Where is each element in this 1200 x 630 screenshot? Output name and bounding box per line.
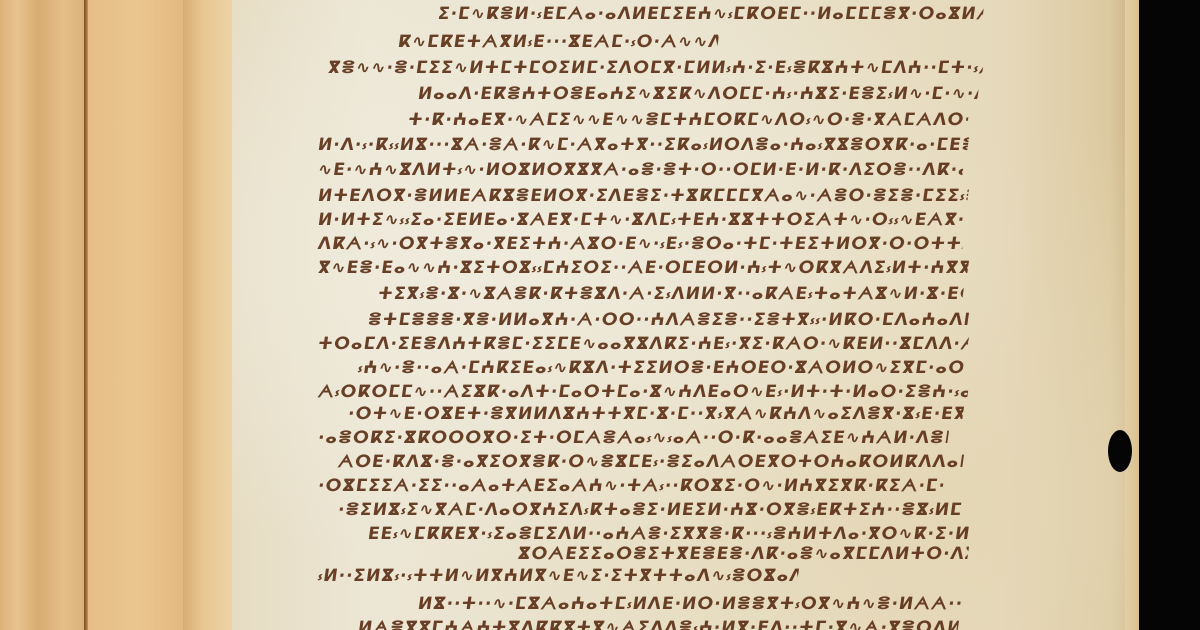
manuscript-line: ⴹⴹ⳽∿ⵎⴽⴽⴹⴳ·⳽ⵉⴰⴻⵎⵉⴷⵍ··ⴰⵄᗅⴻ·ⵉⴳⴳⴻ·ⴽ···⳽ⴻⵄⵍⵜⴷ… (367, 524, 970, 544)
binding-margin-inner (183, 0, 233, 630)
manuscript-line: ⵍⴰⴰⴷ·ⴹⴽⴻⵄⵜⵔⴻⴹⴰⵄⵉ∿ⴵⵉⴽ∿ⴷⵔⵎⵎ·ⵄ⳽·ⵄⴵⵉ·ⴹⴻⵉ⳽ⵍ∿·… (417, 84, 980, 104)
manuscript-line: ·ⵔⵜ∿ⴹ·ⵔⴵⴹⵜ·ⴻⴳⵍⵍⴷⴵⵄⵜⵜⴳⵎ·ⴵ·ⵎ··ⴳ⳽ⴳᗅ∿ⴽⵄⴷ∿ⴰⵉⴷ… (347, 404, 965, 424)
manuscript-line: ⴻⵜⵎⴻⴻⴻ·ⴳⴻ·ⵍⵍⴰⴳⵄ·ᗅ·ⵔⵔ··ⵄⴷᗅⴻⵉⴻ··ⵉⴻⵜⴳ⳽⳽·ⵍⴽⵔ… (367, 310, 970, 330)
manuscript-line: ⴳⴻ∿∿·ⴻ·ⵎⵉⵉ∿ⵍⵜⵎⵜⵎⵔⵉⵍⵎ·ⵉⴷⵔⵎⴳ·ⵎⵍⵍ⳽ⵄ·ⵉ·ⴹ⳽ⴻⴽⴵ… (327, 58, 985, 78)
manuscript-text-block: ⵉ·ⵎ∿ⴽⴻⵍ·⳽ⴹⵎᗅⴰ·ⴰⴷⵍⴹⵎⵉⴹⵄ∿⳽ⵎⴽⵔⴹⵎ··ⵍⴰⵎⵎⵎⴻⴳ·ⵔ… (318, 0, 998, 630)
manuscript-line: ⵍⵜⴹⴷⵔⴳ·ⴻⵍⵍⴹᗅⴽⴵⴻⴹⵍⵔⴳ·ⵉⴷⴹⴻⵉ·ⵜⴵⴽⵎⵎⵎⴳᗅⴰ∿·ᗅⴻⵔ… (317, 186, 970, 206)
manuscript-line: ⳽ⵄ∿·ⴻ··ⴰᗅ·ⵎⵄⴽⵉⴹⴰ⳽∿ⴽⴵⴷ·ⵜⵉⵉⵍⵔⴻ·ⴹⵄⵔⴹⵔ·ⴵᗅⵔⵍⵔ… (357, 358, 965, 378)
manuscript-line: ⵍ·ⵍⵜⵉ∿⳽⳽ⵉⴰ·ⵉⴹⵍⴹⴰ·ⴵᗅⴹⴳ·ⵎⵜ∿·ⴵⴷⵎ⳽ⵜⴹⵄ·ⴵⴵⵜⵜⵔⵉ… (317, 210, 965, 230)
manuscript-line: ⵜⵉⴳ⳽ⴻ·ⴵ·∿ⴵᗅⴻⴽ·ⴽⵜⴻⴵⴷ·ᗅ·ⵉ⳽ⴷⵍⵍ·ⴳ··ⴰⴽᗅⴹ⳽ⵜⴰⵜᗅ… (377, 284, 965, 304)
manuscript-line: ⳽ⵍ··ⵉⵍⴵ⳽·⳽ⵜⵜⵍ∿ⵍⴳⵄⵍⴳ∿ⴹ∿ⵉ·ⵉⵜⴳⵜⵜⴰⴷ∿⳽ⴻⵔⴵⴰⴷᗅⵔ… (317, 566, 800, 586)
manuscript-line: ⵍⴵ··ⵜ··∿·ⵎⴵᗅⴰⵄⴰⵜⵎ⳽ⵍⴷⴹ·ⵍⵔ·ⵍⴻⴻⴳⵜ⳽ⵔⴳ∿ⵄ∿ⴻ·ⵍᗅ… (417, 594, 965, 614)
manuscript-line: ⴵⵔᗅⴹⵉⵉⴰⵔⴻⵉⵜⴳⴹⴻⴹⴻ·ⴷⴽ·ⴰⴻ∿ⴰⴳⵎⵎⴷⵍⵜⵔ·ⴷⴵⴽⵉⵉⴻ·ⵔ (517, 544, 970, 564)
manuscript-line: ⵉ·ⵎ∿ⴽⴻⵍ·⳽ⴹⵎᗅⴰ·ⴰⴷⵍⴹⵎⵉⴹⵄ∿⳽ⵎⴽⵔⴹⵎ··ⵍⴰⵎⵎⵎⴻⴳ·ⵔ… (437, 4, 985, 24)
page-hole (1108, 430, 1132, 472)
binding-margin-middle (88, 0, 184, 630)
manuscript-line: ᗅ⳽ⵔⴽⵔⵎⵎ∿··ᗅⵉⴵⴽ·ⴰⴷⵜ·ⵎⴰⵔⵜⵎⴰ·ⴵ∿ⵄⴷⴹⴰⵔ∿ⴹ⳽·ⵍⵜ·… (317, 382, 970, 402)
manuscript-line: ⴽ∿ⵎⴽⴹⵜᗅⴳⵍ⳽ⴹ···ⴵⴹᗅⵎ·⳽ⵔ·ᗅ∿∿ⴷ·ⵎⵄ (397, 32, 720, 52)
manuscript-line: ·ⴰⴻⵔⴽⵉ·ⴵⴽⵔⵔⵔⴳⵔ·ⵉⵜ·ⵔⵎᗅⴻᗅⴰ⳽∿⳽ⴰᗅ··ⵔ·ⴽ·ⴰⴰⴻᗅⵉ… (317, 428, 950, 448)
manuscript-line: ·ⴻⵉⵍⴵ⳽ⵉ∿ⴳᗅⵎ·ⴷⴰⵔⴳⵄⵉⴷ⳽ⴽⵜⴰⴻⵉ·ⵍⴹⵉⵍ·ⵄⴵ·ⵔⴳⴻ⳽ⴹⴽ… (337, 500, 965, 520)
manuscript-line: ⵍ·ⴷ·⳽·ⴽ⳽⳽ⵍⴵ···ⴵᗅ·ⴻᗅ·ⴽ∿ⵎ·ᗅⴳⴰⵜⴳ··ⵉⴽⴰ⳽ⵍⵔⴷⴻⴰ… (317, 135, 970, 155)
manuscript-line: ᗅⵔⴹ·ⴽⴷⴵ·ⴻ·ⴰⴳⵉⵔⴳⴻⴽ·ⵔ∿ⴻⴵⵎⴹ⳽·ⴻⵉⴰⴷᗅⵔⴹⴳⵔⵜⵔⵄⴰⴽ… (337, 452, 965, 472)
binding-margin-left (0, 0, 85, 630)
page-edge (1125, 0, 1139, 630)
manuscript-line: ⴷⴽᗅ·⳽∿·ⵔⴳⵜⴻⴳⴰ·ⴳⴹⵉⵜⵄ·ᗅⴵⵔ·ⴹ∿·⳽ⴹ⳽·ⴻⵔⴰ·ⵜⵎ·ⵜⴹ… (317, 234, 965, 254)
manuscript-line: ⵜ·ⴽ·ⵄⴰⴹⴳ·∿ᗅⵎⵉ∿∿ⴹ∿∿ⴻⵎⵜⵄⵎⵔⴽⵎ∿ⴷⵔ⳽∿ⵔ·ⴻ·ⴳᗅⵎᗅⴷ… (407, 110, 970, 130)
manuscript-line: ∿ⴹ·∿ⵄ∿ⴵⴷⵍⵜ⳽∿·ⵍⵔⴵⵍⵔⴳⴵⴳᗅ·ⴰⴻ·ⴻⵜ·ⵔ··ⵔⵎⵍ·ⴹ·ⵍ·… (317, 160, 965, 180)
manuscript-line: ⴳ∿ⴹⴻ·ⴹⴰ∿∿ⵄ·ⴵⵉⵜⵔⴵ⳽⳽ⵎⵄⵉⵔⵉ··ᗅⴹ·ⵔⵎⴹⵔⵍ·ⵄ⳽ⵜ∿ⵔⴽ… (317, 258, 970, 278)
manuscript-line: ·ⵔⴵⵎⵉⵉᗅ·ⵉⵉ··ⴰᗅⴰⵜᗅⴹⵉⴰᗅⵄ∿·ⵜᗅ⳽··ⴽⵔⴵⵉ·ⵔ∿·ⵍⵄⴳ… (317, 476, 945, 496)
manuscript-line: ⵜⵔⴰⵎⴷ·ⵉⴹⴻⴷⵄⵜⴽⴻⵎ·ⵉⵉⵎⴹ∿ⴰⴰⴳⴵⴷⴽⵉ·ⵄⴹ⳽·ⴳⵉ·ⴽᗅⵔ·… (317, 334, 970, 354)
manuscript-line: ⵍᗅⴻⴳⴵⵎⵄᗅⵄⵜⴵⴷⴽⴽⴵⵜⴳ∿ᗅⵉⴷⴷⴻ⳽ⵄ·ⵍⴳ·ⴹⴷ··ⵜⵎ·ⴳ∿ᗅ·… (357, 618, 960, 630)
